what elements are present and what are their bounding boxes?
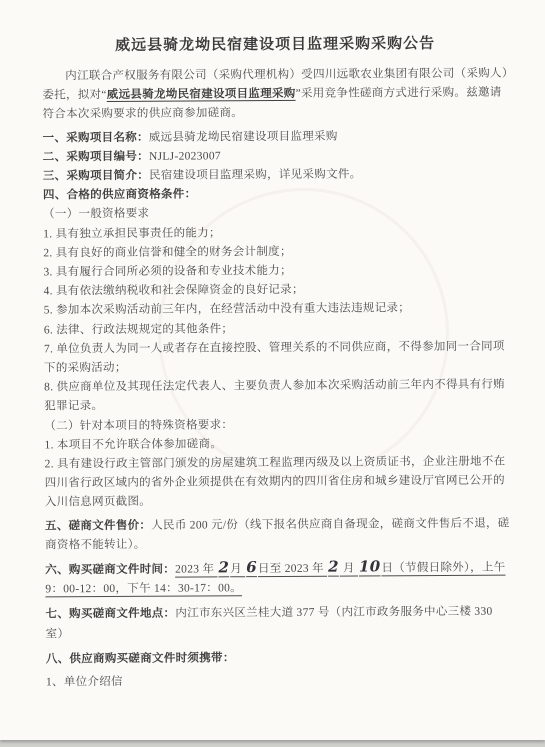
document-title: 威远县骑龙坳民宿建设项目监理采购采购公告 [42, 33, 508, 58]
section-8-bring-items-heading: 八、供应商购买磋商文件时须携带： [46, 647, 512, 669]
handwritten-day-2: 10 [358, 557, 382, 575]
section-7-purchase-location: 七、购买磋商文件地点：内江市东兴区兰桂大道 377 号（内江市政务服务中心三楼 … [45, 603, 511, 644]
section-5-document-price: 五、磋商文件售价：人民币 200 元/份（线下报名供应商自备现金，磋商文件售后不… [45, 514, 511, 555]
handwritten-month-1: 2 [217, 558, 230, 576]
section-5-label: 五、磋商文件售价： [45, 519, 151, 532]
general-requirement-item: 8. 供应商单位及其现任法定代表人、主要负责人参加本次采购活动前三年内不得具有行… [44, 376, 510, 417]
date-segment: 月 [340, 563, 358, 575]
section-3-value: 民宿建设项目监理采购，详见采购文件。 [149, 168, 361, 181]
section-3-label: 三、采购项目简介： [43, 170, 149, 183]
section-1-label: 一、采购项目名称： [43, 131, 149, 144]
intro-project-name: 威远县骑龙坳民宿建设项目监理采购 [107, 88, 296, 101]
date-segment: 2023 年 [175, 563, 217, 575]
handwritten-day-1: 6 [245, 558, 258, 576]
date-segment: 月 [230, 563, 245, 575]
section-2-label: 二、采购项目编号： [43, 151, 149, 164]
section-4-label: 四、合格的供应商资格条件： [43, 189, 196, 202]
section-1-value: 威远县骑龙坳民宿建设项目监理采购 [149, 130, 338, 143]
special-requirement-item: 2. 具有建设行政主管部门颁发的房屋建筑工程监理丙级及以上资质证书，企业注册地不… [45, 453, 511, 513]
section-6-purchase-time: 六、购买磋商文件时间：2023 年 2月 6日至 2023 年 2 月 10日（… [45, 559, 511, 600]
document-content: 威远县骑龙坳民宿建设项目监理采购采购公告 内江联合产权服务有限公司（采购代理机构… [42, 33, 512, 693]
section-8-label: 八、供应商购买磋商文件时须携带： [46, 652, 235, 665]
scanned-document-page: 威远县骑龙坳民宿建设项目监理采购采购公告 内江联合产权服务有限公司（采购代理机构… [0, 0, 545, 740]
section-2-value: NJLJ-2023007 [149, 150, 221, 162]
section-6-label: 六、购买磋商文件时间： [45, 564, 175, 577]
handwritten-month-2: 2 [327, 558, 340, 576]
intro-paragraph: 内江联合产权服务有限公司（采购代理机构）受四川远歌农业集团有限公司（采购人）委托… [42, 65, 508, 125]
date-segment: 日至 2023 年 [258, 563, 327, 575]
general-requirement-item: 7. 单位负责人为同一人或者存在直接控股、管理关系的不同供应商，不得参加同一合同… [44, 337, 510, 378]
section-7-label: 七、购买磋商文件地点： [46, 608, 176, 621]
bring-item-introduction-letter: 1、单位介绍信 [46, 671, 512, 693]
